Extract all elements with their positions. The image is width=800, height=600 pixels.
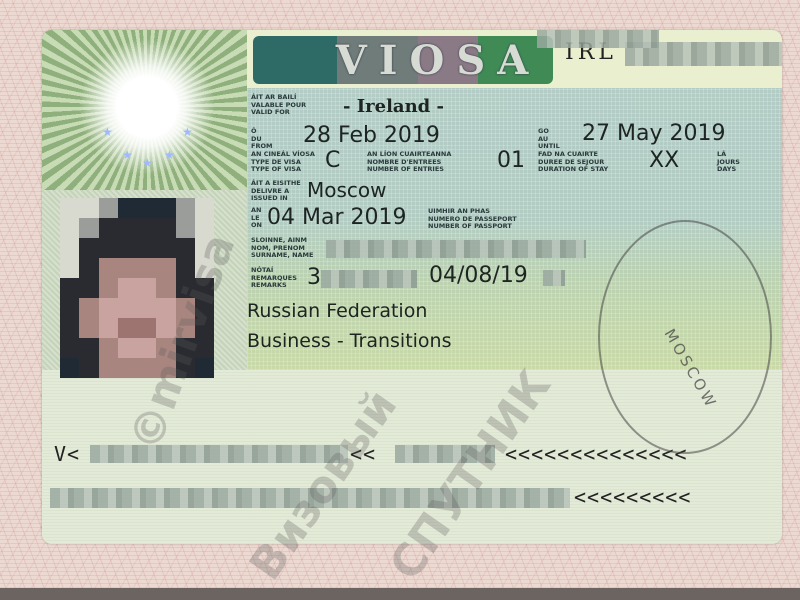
photo-pixel xyxy=(79,298,98,318)
photo-pixel xyxy=(118,358,137,378)
photo-pixel xyxy=(137,238,156,258)
number-of-entries-label: AN LÍON CUAIRTEANNANOMBRE D'ENTREESNUMBE… xyxy=(367,151,451,174)
type-of-visa-value: C xyxy=(325,148,340,173)
photo-pixel xyxy=(60,278,79,298)
photo-pixel xyxy=(60,198,79,218)
photo-pixel xyxy=(60,218,79,238)
issued-in-label: ÁIT A EISITHEDELIVRE AISSUED IN xyxy=(251,180,301,203)
photo-pixel xyxy=(156,218,175,238)
photo-pixel xyxy=(137,198,156,218)
star-icon: ★ xyxy=(102,125,113,139)
valid-for-value: - Ireland - xyxy=(343,96,444,117)
visa-purpose: Business - Transitions xyxy=(247,330,452,352)
photo-pixel xyxy=(99,318,118,338)
photo-pixel xyxy=(176,218,195,238)
photo-pixel xyxy=(79,198,98,218)
remarks-redacted-2 xyxy=(543,270,565,286)
photo-pixel xyxy=(137,258,156,278)
photo-pixel xyxy=(118,198,137,218)
visa-logo: VIOSA xyxy=(253,36,553,84)
star-icon: ★ xyxy=(122,148,133,162)
remarks-prefix: 3 xyxy=(307,265,321,290)
surname-name-redacted xyxy=(326,240,586,258)
photo-pixel xyxy=(60,338,79,358)
photo-pixel xyxy=(118,298,137,318)
issue-date-value: 04 Mar 2019 xyxy=(267,205,406,230)
until-date: 27 May 2019 xyxy=(582,121,725,146)
photo-pixel xyxy=(118,238,137,258)
photo-pixel xyxy=(99,358,118,378)
photo-pixel xyxy=(60,258,79,278)
photo-pixel xyxy=(60,298,79,318)
photo-pixel xyxy=(118,338,137,358)
issued-in-value: Moscow xyxy=(307,178,387,202)
photo-pixel xyxy=(99,278,118,298)
photo-pixel xyxy=(137,278,156,298)
mrz-line-2-filler: <<<<<<<<< xyxy=(574,485,691,509)
photo-pixel xyxy=(156,198,175,218)
photo-pixel xyxy=(118,318,137,338)
hologram-emblem: ★ ★ ★ ★ ★ xyxy=(42,30,252,190)
valid-for-label: ÁIT AR BAILÍVALABLE POURVALID FOR xyxy=(251,94,306,117)
photo-pixel xyxy=(99,338,118,358)
photo-pixel xyxy=(118,278,137,298)
photo-pixel xyxy=(79,358,98,378)
page-edge xyxy=(0,588,800,600)
photo-pixel xyxy=(118,258,137,278)
from-date: 28 Feb 2019 xyxy=(303,123,440,148)
entry-stamp xyxy=(598,220,772,454)
from-label: ÓDUFROM xyxy=(251,128,272,151)
duration-of-stay-label: FAD NA CUAIRTEDUREE DE SEJOURDURATION OF… xyxy=(538,151,608,174)
nationality: Russian Federation xyxy=(247,300,427,322)
star-icon: ★ xyxy=(182,125,193,139)
type-of-visa-label: AN CINEÁL VÍOSATYPE DE VISATYPE OF VISA xyxy=(251,151,315,174)
photo-pixel xyxy=(79,318,98,338)
photo-pixel xyxy=(156,258,175,278)
photo-pixel xyxy=(60,238,79,258)
duration-of-stay-value: XX xyxy=(649,148,679,173)
surname-name-label: SLOINNE, AINMNOM, PRENOMSURNAME, NAME xyxy=(251,237,313,260)
until-label: GOAUUNTIL xyxy=(538,128,560,151)
days-label: LÁJOURSDAYS xyxy=(717,151,740,174)
remarks-redacted xyxy=(321,270,417,288)
star-icon: ★ xyxy=(142,156,153,170)
photo-pixel xyxy=(156,238,175,258)
star-icon: ★ xyxy=(164,148,175,162)
photo-pixel xyxy=(137,318,156,338)
photo-pixel xyxy=(137,218,156,238)
photo-pixel xyxy=(176,198,195,218)
issue-date-label: ANLEON xyxy=(251,207,262,230)
photo-pixel xyxy=(79,278,98,298)
photo-pixel xyxy=(60,318,79,338)
photo-pixel xyxy=(60,358,79,378)
photo-pixel xyxy=(79,238,98,258)
photo-pixel xyxy=(79,338,98,358)
photo-pixel xyxy=(137,298,156,318)
photo-pixel xyxy=(79,218,98,238)
photo-pixel xyxy=(118,218,137,238)
number-of-entries-value: 01 xyxy=(497,148,525,173)
remarks-label: NÓTAÍREMARQUESREMARKS xyxy=(251,267,297,290)
photo-pixel xyxy=(99,298,118,318)
photo-pixel xyxy=(99,238,118,258)
photo-pixel xyxy=(195,198,214,218)
photo-pixel xyxy=(99,218,118,238)
remarks-date: 04/08/19 xyxy=(429,263,528,288)
photo-pixel xyxy=(79,258,98,278)
photo-pixel xyxy=(99,198,118,218)
passport-number-redacted xyxy=(537,30,659,48)
mrz-line-1-prefix: V< xyxy=(54,442,80,466)
passport-number-label: UIMHIR AN PHASNUMERO DE PASSEPORTNUMBER … xyxy=(428,208,517,231)
photo-pixel xyxy=(99,258,118,278)
